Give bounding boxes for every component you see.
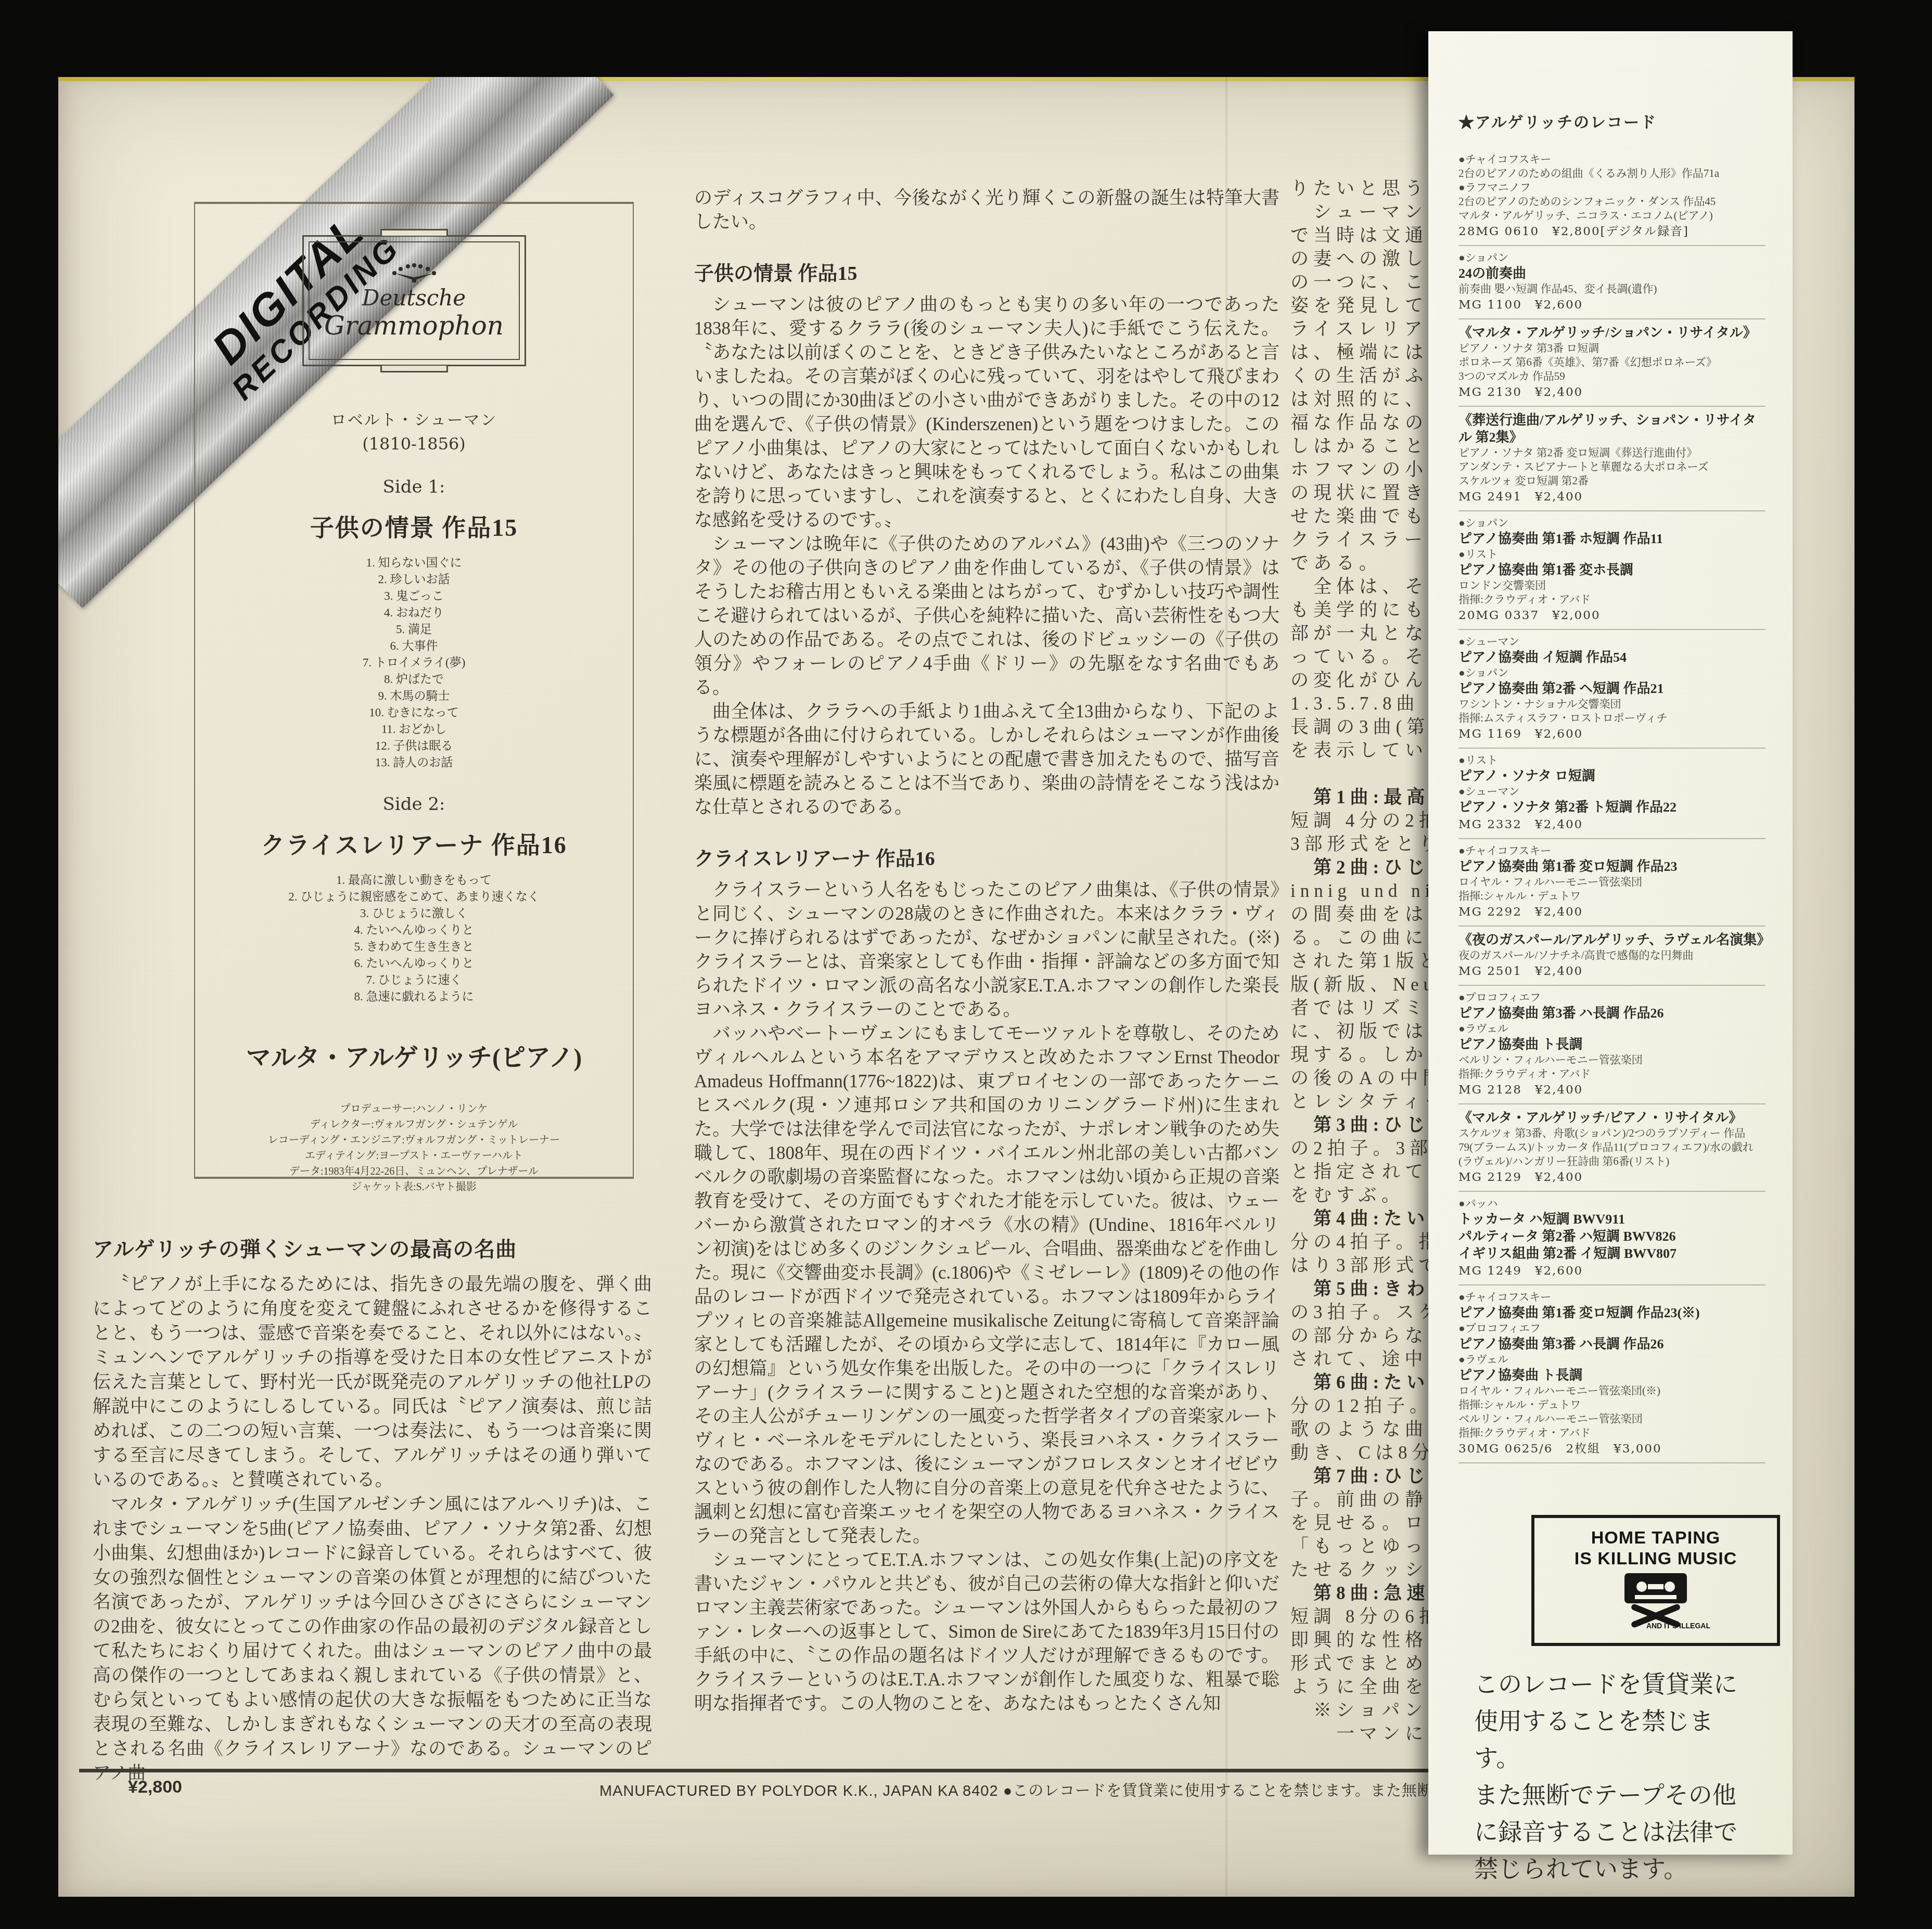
rental-prohibition-notice: このレコードを賃貸業に使用することを禁じます。また無断でテープその他に録音するこ… — [1474, 1666, 1755, 1887]
cartouche-tab-bottom — [380, 366, 448, 372]
catalog-entry-line: 《マルタ・アルゲリッチ/ショパン・リサイタル》 — [1458, 324, 1765, 341]
track-item: 8. 炉ばたで — [195, 671, 633, 688]
track-item: 9. 木馬の騎士 — [195, 688, 633, 704]
credits-list: プロデューサー:ハンノ・リンケディレクター:ヴォルフガング・シュテンゲルレコーデ… — [195, 1101, 633, 1195]
essay-paragraph: バッハやベートーヴェンにもましてモーツァルトを尊敬し、そのためヴィルヘルムという… — [694, 1022, 1280, 1548]
catalog-entry-line: ピアノ協奏曲 第1番 変ロ短調 作品23(※) — [1458, 1304, 1765, 1321]
obi-catalog-entry: ●チャイコフスキーピアノ協奏曲 第1番 変ロ短調 作品23(※)●プロコフィエフ… — [1458, 1285, 1765, 1463]
track-item: 2. ひじょうに親密感をこめて、あまり速くなく — [195, 889, 633, 905]
catalog-entry-line: ピアノ・ソナタ 第2番 変ロ短調《葬送行進曲付》 — [1458, 446, 1765, 460]
catalog-entry-line: ●プロコフィエフ — [1458, 991, 1765, 1005]
catalog-number-price: MG 1100 ¥2,600 — [1458, 297, 1765, 313]
catalog-number-price: MG 1249 ¥2,600 — [1458, 1263, 1765, 1279]
catalog-entry-line: スケルツォ 第3番、舟歌(ショパン)/2つのラプソディー 作品79(ブラームス)… — [1458, 1126, 1765, 1168]
track-item: 10. むきになって — [195, 704, 633, 721]
essay-paragraph: マルタ・アルゲリッチ(生国アルゼンチン風にはアルヘリチ)は、これまでシューマンを… — [93, 1492, 652, 1785]
track-item: 1. 最高に激しい動きをもって — [195, 872, 633, 889]
catalog-entry-line: ピアノ協奏曲 第1番 変ロ短調 作品23 — [1458, 858, 1765, 875]
track-item: 5. きわめて生き生きと — [195, 938, 633, 955]
essay-heading: アルゲリッチの弾くシューマンの最高の名曲 — [93, 1233, 652, 1263]
obi-catalog-entry: ●ショパン24の前奏曲前奏曲 嬰ハ短調 作品45、変イ長調(遺作)MG 1100… — [1458, 246, 1765, 319]
catalog-entry-line: 24の前奏曲 — [1458, 265, 1765, 282]
obi-catalog-entry: ●ショパンピアノ協奏曲 第1番 ホ短調 作品11●リストピアノ協奏曲 第1番 変… — [1458, 511, 1765, 630]
section1-paragraphs: シューマンは彼のピアノ曲のもっとも実りの多い年の一つであった1838年に、愛する… — [694, 293, 1280, 819]
catalog-entry-line: 《夜のガスパール/アルゲリッチ、ラヴェル名演集》 — [1458, 931, 1765, 948]
catalog-entry-line: ピアノ協奏曲 ト長調 — [1458, 1036, 1765, 1053]
credit-line: ジャケット表:S.バヤト撮影 — [195, 1179, 633, 1195]
track-item: 4. たいへんゆっくりと — [195, 922, 633, 938]
catalog-entry-line: ●チャイコフスキー — [1458, 844, 1765, 858]
notice-line: 禁じられています。 — [1474, 1850, 1755, 1887]
home-taping-box: HOME TAPING IS KILLING MUSIC AND IT'S IL… — [1531, 1515, 1780, 1646]
liner-notes-center-column: のディスコグラフィ中、今後ながく光り輝くこの新盤の誕生は特筆大書したい。 子供の… — [694, 186, 1280, 1752]
track-item: 4. おねだり — [195, 605, 633, 621]
catalog-entry-line: ●バッハ — [1458, 1197, 1765, 1211]
catalog-entry-line: 3つのマズルカ 作品59 — [1458, 369, 1765, 383]
track-item: 8. 急速に戯れるように — [195, 988, 633, 1005]
insert-strip: ★アルゲリッチのレコード ●チャイコフスキー2台のピアノのための組曲《くるみ割り… — [1428, 31, 1793, 1855]
credit-line: レコーディング・エンジニア:ヴォルフガング・ミットレーナー — [195, 1133, 633, 1148]
side2-title: クライスレリアーナ 作品16 — [195, 826, 633, 860]
catalog-number-price: MG 2332 ¥2,400 — [1458, 817, 1765, 833]
catalog-entry-line: ●チャイコフスキー — [1458, 1290, 1765, 1304]
track-item: 7. ひじょうに速く — [195, 972, 633, 988]
and-its-illegal-label: AND IT'S ILLEGAL — [1646, 1622, 1710, 1630]
credit-line: ディレクター:ヴォルフガング・シュテンゲル — [195, 1117, 633, 1133]
catalog-entry-line: ピアノ協奏曲 第3番 ハ長調 作品26 — [1458, 1005, 1765, 1022]
track-item: 3. ひじょうに激しく — [195, 905, 633, 922]
obi-catalog-entry: ●チャイコフスキーピアノ協奏曲 第1番 変ロ短調 作品23ロイヤル・フィルハーモ… — [1458, 839, 1765, 927]
side2-track-list: 1. 最高に激しい動きをもって2. ひじょうに親密感をこめて、あまり速くなく3.… — [195, 872, 633, 1005]
manufactured-line: MANUFACTURED BY POLYDOR K.K., JAPAN KA 8… — [599, 1779, 1464, 1801]
track-item: 11. おどかし — [195, 721, 633, 738]
side2-label: Side 2: — [195, 794, 633, 815]
catalog-number-price: MG 2130 ¥2,400 — [1458, 384, 1765, 401]
catalog-entry-line: ベルリン・フィルハーモニー管弦楽団 — [1458, 1053, 1765, 1067]
essay-paragraph: クライスラーという人名をもじったこのピアノ曲集は、《子供の情景》と同じく、シュー… — [694, 878, 1280, 1022]
track-list-panel: Deutsche Grammophon ロベルト・シューマン (1810-185… — [194, 202, 634, 1179]
catalog-entry-line: 《葬送行進曲/アルゲリッチ、ショパン・リサイタル 第2集》 — [1458, 411, 1765, 446]
catalog-entry-line: ●シューマン — [1458, 635, 1765, 649]
catalog-entry-line: イギリス組曲 第2番 イ短調 BWV807 — [1458, 1245, 1765, 1262]
catalog-entry-line: ●シューマン — [1458, 785, 1765, 799]
jacket-price: ¥2,800 — [128, 1777, 182, 1797]
catalog-entry-line: ピアノ・ソナタ 第3番 ロ短調 — [1458, 341, 1765, 355]
essay-paragraph: シューマンは晩年に《子供のためのアルバム》(43曲)や《三つのソナタ》その他の子… — [694, 532, 1280, 700]
catalog-entry-line: ピアノ協奏曲 ト長調 — [1458, 1367, 1765, 1384]
catalog-entry-line: ピアノ協奏曲 第2番 ヘ短調 作品21 — [1458, 680, 1765, 697]
catalog-entry-line: ●リスト — [1458, 547, 1765, 561]
track-item: 6. 大事件 — [195, 638, 633, 654]
dg-logo-cartouche: Deutsche Grammophon — [302, 235, 526, 366]
side1-label: Side 1: — [195, 477, 633, 497]
notice-line: 使用することを禁じます。 — [1474, 1703, 1755, 1777]
dg-logo-text-1: Deutsche — [362, 287, 466, 310]
notice-line: また無断でテープその他 — [1474, 1777, 1755, 1814]
catalog-entry-line: ●ショパン — [1458, 666, 1765, 680]
track-item: 12. 子供は眠る — [195, 738, 633, 754]
cartouche-tab-top — [380, 229, 448, 236]
catalog-number-price: MG 2501 ¥2,400 — [1458, 963, 1765, 980]
track-item: 5. 満足 — [195, 621, 633, 638]
catalog-entry-line: ピアノ・ソナタ ロ短調 — [1458, 767, 1765, 785]
side1-track-list: 1. 知らない国ぐに2. 珍しいお話3. 鬼ごっこ4. おねだり5. 満足6. … — [195, 555, 633, 771]
catalog-entry-line: 前奏曲 嬰ハ短調 作品45、変イ長調(遺作) — [1458, 282, 1765, 296]
obi-catalog-entry: ●シューマンピアノ協奏曲 イ短調 作品54●ショパンピアノ協奏曲 第2番 ヘ短調… — [1458, 630, 1765, 749]
center-lead-text: のディスコグラフィ中、今後ながく光り輝くこの新盤の誕生は特筆大書したい。 — [694, 186, 1280, 234]
catalog-number-price: MG 2128 ¥2,400 — [1458, 1082, 1765, 1098]
catalog-entry-line: マルタ・アルゲリッチ、ニコラス・エコノム(ピアノ) — [1458, 209, 1765, 223]
catalog-entry-line: スケルツォ 変ロ短調 第2番 — [1458, 474, 1765, 488]
catalog-entry-line: 指揮:クラウディオ・アバド — [1458, 593, 1765, 607]
obi-catalog-entry: 《葬送行進曲/アルゲリッチ、ショパン・リサイタル 第2集》ピアノ・ソナタ 第2番… — [1458, 407, 1765, 511]
obi-catalog-entry: 《マルタ・アルゲリッチ/ショパン・リサイタル》ピアノ・ソナタ 第3番 ロ短調ポロ… — [1458, 319, 1765, 407]
catalog-entry-line: 2台のピアノのための組曲《くるみ割り人形》作品71a — [1458, 166, 1765, 181]
artist-name: マルタ・アルゲリッチ(ピアノ) — [195, 1037, 633, 1073]
credit-line: データ:1983年4月22-26日、ミュンヘン、プレナザール — [195, 1164, 633, 1179]
obi-catalog-entry: ●チャイコフスキー2台のピアノのための組曲《くるみ割り人形》作品71a●ラフマニ… — [1458, 148, 1765, 246]
catalog-entry-line: ピアノ協奏曲 第1番 変ホ長調 — [1458, 561, 1765, 578]
dg-logo-text-2: Grammophon — [324, 312, 504, 340]
notice-line: に録音することは法律で — [1474, 1814, 1755, 1850]
track-item: 1. 知らない国ぐに — [195, 555, 633, 571]
catalog-entry-line: ピアノ協奏曲 第3番 ハ長調 作品26 — [1458, 1335, 1765, 1353]
essay-left-paragraphs: 〝ピアノが上手になるためには、指先きの最先端の腹を、弾く曲によってどのように角度… — [93, 1272, 652, 1785]
catalog-entry-line: 指揮:クラウディオ・アバド — [1458, 1067, 1765, 1081]
discography-list: ●チャイコフスキー2台のピアノのための組曲《くるみ割り人形》作品71a●ラフマニ… — [1458, 148, 1765, 1463]
composer-name: ロベルト・シューマン — [195, 407, 633, 430]
catalog-number-price: 30MG 0625/6 2枚組 ¥3,000 — [1458, 1441, 1765, 1457]
catalog-entry-line: アンダンテ・スピアナートと華麗なる大ポロネーズ — [1458, 460, 1765, 474]
essay-paragraph: 曲全体は、クララへの手紙より1曲ふえて全13曲からなり、下記のような標題が各曲に… — [694, 700, 1280, 819]
credit-line: プロデューサー:ハンノ・リンケ — [195, 1101, 633, 1117]
obi-catalog-entry: 《夜のガスパール/アルゲリッチ、ラヴェル名演集》夜のガスパール/ソナチネ/高貴で… — [1458, 927, 1765, 986]
catalog-entry-line: ●プロコフィエフ — [1458, 1321, 1765, 1335]
composer-dates: (1810-1856) — [195, 434, 633, 454]
catalog-entry-line: ピアノ・ソナタ 第2番 ト短調 作品22 — [1458, 799, 1765, 816]
catalog-number-price: MG 2129 ¥2,400 — [1458, 1169, 1765, 1186]
track-item: 3. 鬼ごっこ — [195, 588, 633, 605]
liner-notes-left-column: アルゲリッチの弾くシューマンの最高の名曲 〝ピアノが上手になるためには、指先きの… — [93, 1233, 652, 1785]
track-item: 13. 詩人のお話 — [195, 754, 633, 771]
obi-catalog-entry: ●プロコフィエフピアノ協奏曲 第3番 ハ長調 作品26●ラヴェルピアノ協奏曲 ト… — [1458, 986, 1765, 1104]
catalog-number-price: 28MG 0610 ¥2,800[デジタル録音] — [1458, 224, 1765, 240]
track-item: 7. トロイメライ(夢) — [195, 654, 633, 671]
catalog-entry-line: ベルリン・フィルハーモニー管弦楽団 — [1458, 1412, 1765, 1426]
track-item: 6. たいへんゆっくりと — [195, 955, 633, 972]
home-taping-title-line1: HOME TAPING — [1591, 1528, 1720, 1548]
side1-title: 子供の情景 作品15 — [195, 509, 633, 543]
catalog-entry-line: ●チャイコフスキー — [1458, 152, 1765, 166]
catalog-entry-line: ピアノ協奏曲 第1番 ホ短調 作品11 — [1458, 530, 1765, 547]
catalog-number-price: MG 2491 ¥2,400 — [1458, 489, 1765, 505]
section2-paragraphs: クライスラーという人名をもじったこのピアノ曲集は、《子供の情景》と同じく、シュー… — [694, 878, 1280, 1716]
catalog-entry-line: ワシントン・ナショナル交響楽団 — [1458, 697, 1765, 711]
catalog-entry-line: 指揮:シャルル・デュトワ — [1458, 889, 1765, 903]
catalog-entry-line: ●ショパン — [1458, 251, 1765, 265]
notice-line: このレコードを賃貸業に — [1474, 1666, 1755, 1703]
catalog-entry-line: 2台のピアノのためのシンフォニック・ダンス 作品45 — [1458, 195, 1765, 209]
catalog-entry-line: 指揮:クラウディオ・アバド — [1458, 1426, 1765, 1440]
catalog-entry-line: ●ラヴェル — [1458, 1353, 1765, 1367]
catalog-entry-line: ●リスト — [1458, 753, 1765, 767]
obi-catalog-entry: ●リストピアノ・ソナタ ロ短調●シューマンピアノ・ソナタ 第2番 ト短調 作品2… — [1458, 749, 1765, 839]
obi-catalog-entry: ●バッハトッカータ ハ短調 BWV911パルティータ 第2番 ハ短調 BWV82… — [1458, 1192, 1765, 1285]
catalog-entry-line: 《マルタ・アルゲリッチ/ピアノ・リサイタル》 — [1458, 1109, 1765, 1126]
home-taping-title-line2: IS KILLING MUSIC — [1575, 1549, 1737, 1568]
section2-heading: クライスレリアーナ 作品16 — [694, 842, 1280, 871]
catalog-entry-line: 夜のガスパール/ソナチネ/高貴で感傷的な円舞曲 — [1458, 948, 1765, 962]
catalog-entry-line: ピアノ協奏曲 イ短調 作品54 — [1458, 649, 1765, 666]
catalog-entry-line: 指揮:シャルル・デュトワ — [1458, 1398, 1765, 1412]
catalog-entry-line: ●ショパン — [1458, 516, 1765, 530]
catalog-entry-line: ポロネーズ 第6番《英雄》、第7番《幻想ポロネーズ》 — [1458, 355, 1765, 369]
catalog-entry-line: ●ラヴェル — [1458, 1022, 1765, 1036]
catalog-number-price: 20MG 0337 ¥2,000 — [1458, 608, 1765, 624]
catalog-entry-line: ●ラフマニノフ — [1458, 181, 1765, 195]
catalog-entry-line: 指揮:ムスティスラフ・ロストロポーヴィチ — [1458, 711, 1765, 725]
catalog-entry-line: ロイヤル・フィルハーモニー管弦楽団 — [1458, 875, 1765, 889]
catalog-number-price: MG 1169 ¥2,600 — [1458, 726, 1765, 742]
catalog-entry-line: ロイヤル・フィルハーモニー管弦楽団(※) — [1458, 1384, 1765, 1398]
essay-paragraph: シューマンは彼のピアノ曲のもっとも実りの多い年の一つであった1838年に、愛する… — [694, 293, 1280, 532]
catalog-entry-line: パルティータ 第2番 ハ短調 BWV826 — [1458, 1228, 1765, 1245]
dg-tulip-crest-icon — [383, 262, 445, 285]
catalog-entry-line: トッカータ ハ短調 BWV911 — [1458, 1211, 1765, 1228]
essay-paragraph: 〝ピアノが上手になるためには、指先きの最先端の腹を、弾く曲によってどのように角度… — [93, 1272, 652, 1492]
obi-catalog-entry: 《マルタ・アルゲリッチ/ピアノ・リサイタル》スケルツォ 第3番、舟歌(ショパン)… — [1458, 1104, 1765, 1192]
catalog-entry-line: ロンドン交響楽団 — [1458, 578, 1765, 593]
catalog-number-price: MG 2292 ¥2,400 — [1458, 904, 1765, 920]
obi-heading: ★アルゲリッチのレコード — [1458, 109, 1657, 132]
credit-line: エディテイング:ヨープスト・エーヴァーハルト — [195, 1148, 633, 1164]
track-item: 2. 珍しいお話 — [195, 571, 633, 588]
essay-paragraph: シューマンにとってE.T.A.ホフマンは、この処女作集(上記)の序文を書いたジャ… — [694, 1548, 1280, 1716]
home-taping-title: HOME TAPING IS KILLING MUSIC — [1575, 1527, 1737, 1569]
section1-heading: 子供の情景 作品15 — [694, 257, 1280, 286]
